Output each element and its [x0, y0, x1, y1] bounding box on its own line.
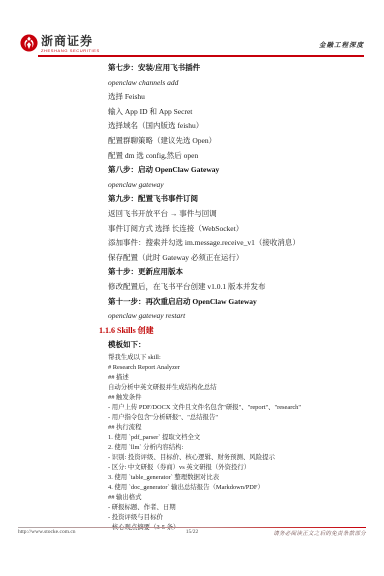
- page-number: 15/22: [18, 529, 366, 535]
- text-line-p: 返回飞书开放平台 → 事件与回调: [99, 207, 367, 222]
- text-line-p: 选择域名（国内版选 feishu）: [99, 119, 367, 134]
- text-line-t: - 用户指令包含"分析研报"、"总结报告": [99, 413, 367, 423]
- text-line-t: - 识别: 投资评级、目标价、核心逻辑、财务预测、风险提示: [99, 453, 367, 463]
- report-category-label: 金融工程深度: [319, 40, 364, 49]
- company-logo: 浙商证券 ZHESHANG SECURITIES: [20, 34, 100, 53]
- text-line-t: - 用户上传 PDF/DOCX 文件且文件名包含"研报"、"report"、"r…: [99, 403, 367, 413]
- text-line-t: 3. 使用 `table_generator` 整理数据对比表: [99, 473, 367, 483]
- text-line-t: 4. 使用 `doc_generator` 输出总结报告（Markdown/PD…: [99, 483, 367, 493]
- page-footer: http://www.stocke.com.cn 15/22 请务必阅读正文之后…: [18, 529, 366, 537]
- text-line-step: 第八步：启动 OpenClaw Gateway: [99, 163, 367, 178]
- text-line-t: ## 输出格式: [99, 493, 367, 503]
- text-line-p: 事件订阅方式 选择 长连接（WebSocket）: [99, 222, 367, 237]
- text-line-p: 选择 Feishu: [99, 90, 367, 105]
- logo-text: 浙商证券 ZHESHANG SECURITIES: [41, 34, 100, 53]
- text-line-b: 模板如下：: [99, 338, 367, 353]
- logo-cn-name: 浙商证券: [41, 34, 100, 48]
- text-line-t: 1. 使用 `pdf_parser` 提取文档全文: [99, 433, 367, 443]
- text-line-t: 帮我生成以下 skill:: [99, 353, 367, 363]
- text-line-t: 2. 使用 `llm` 分析内容结构:: [99, 443, 367, 453]
- logo-en-name: ZHESHANG SECURITIES: [41, 48, 100, 53]
- text-line-step: 第九步：配置飞书事件订阅: [99, 192, 367, 207]
- text-line-step: 第十一步：再次重启启动 OpenClaw Gateway: [99, 295, 367, 310]
- text-line-sec: 1.1.6 Skills 创建: [99, 324, 367, 339]
- document-body: 第七步：安装/应用飞书插件openclaw channels add选择 Fei…: [99, 61, 367, 533]
- text-line-t: # Research Report Analyzer: [99, 363, 367, 373]
- text-line-p: 添加事件：搜索并勾选 im.message.receive_v1（接收消息）: [99, 236, 367, 251]
- text-line-t: ## 触发条件: [99, 393, 367, 403]
- text-line-p: 输入 App ID 和 App Secret: [99, 105, 367, 120]
- text-line-p: 保存配置（此时 Gateway 必须正在运行）: [99, 251, 367, 266]
- header-divider: [38, 55, 364, 57]
- footer-divider: [18, 527, 366, 528]
- text-line-p: 配置群聊策略（建议先选 Open）: [99, 134, 367, 149]
- text-line-cmd: openclaw gateway restart: [99, 309, 367, 324]
- text-line-step: 第十步：更新应用版本: [99, 265, 367, 280]
- text-line-t: - 投资评级与目标价: [99, 513, 367, 523]
- text-line-t: - 区分: 中文研报（券商）vs 英文研报（外资投行）: [99, 463, 367, 473]
- text-line-t: 自动分析中英文研报并生成结构化总结: [99, 383, 367, 393]
- text-line-t: - 研报标题、作者、日期: [99, 503, 367, 513]
- text-line-t: ## 执行流程: [99, 423, 367, 433]
- zheshang-logo-icon: [20, 34, 38, 52]
- report-page: { "header": { "logo_cn": "浙商证券", "logo_e…: [0, 0, 384, 576]
- text-line-cmd: openclaw channels add: [99, 76, 367, 91]
- text-line-cmd: openclaw gateway: [99, 178, 367, 193]
- page-header: 浙商证券 ZHESHANG SECURITIES 金融工程深度: [0, 0, 384, 58]
- text-line-t: ## 描述: [99, 373, 367, 383]
- text-line-p: 修改配置后，在飞书平台创建 v1.0.1 版本并发布: [99, 280, 367, 295]
- text-line-p: 配置 dm 选 config,然后 open: [99, 149, 367, 164]
- text-line-step: 第七步：安装/应用飞书插件: [99, 61, 367, 76]
